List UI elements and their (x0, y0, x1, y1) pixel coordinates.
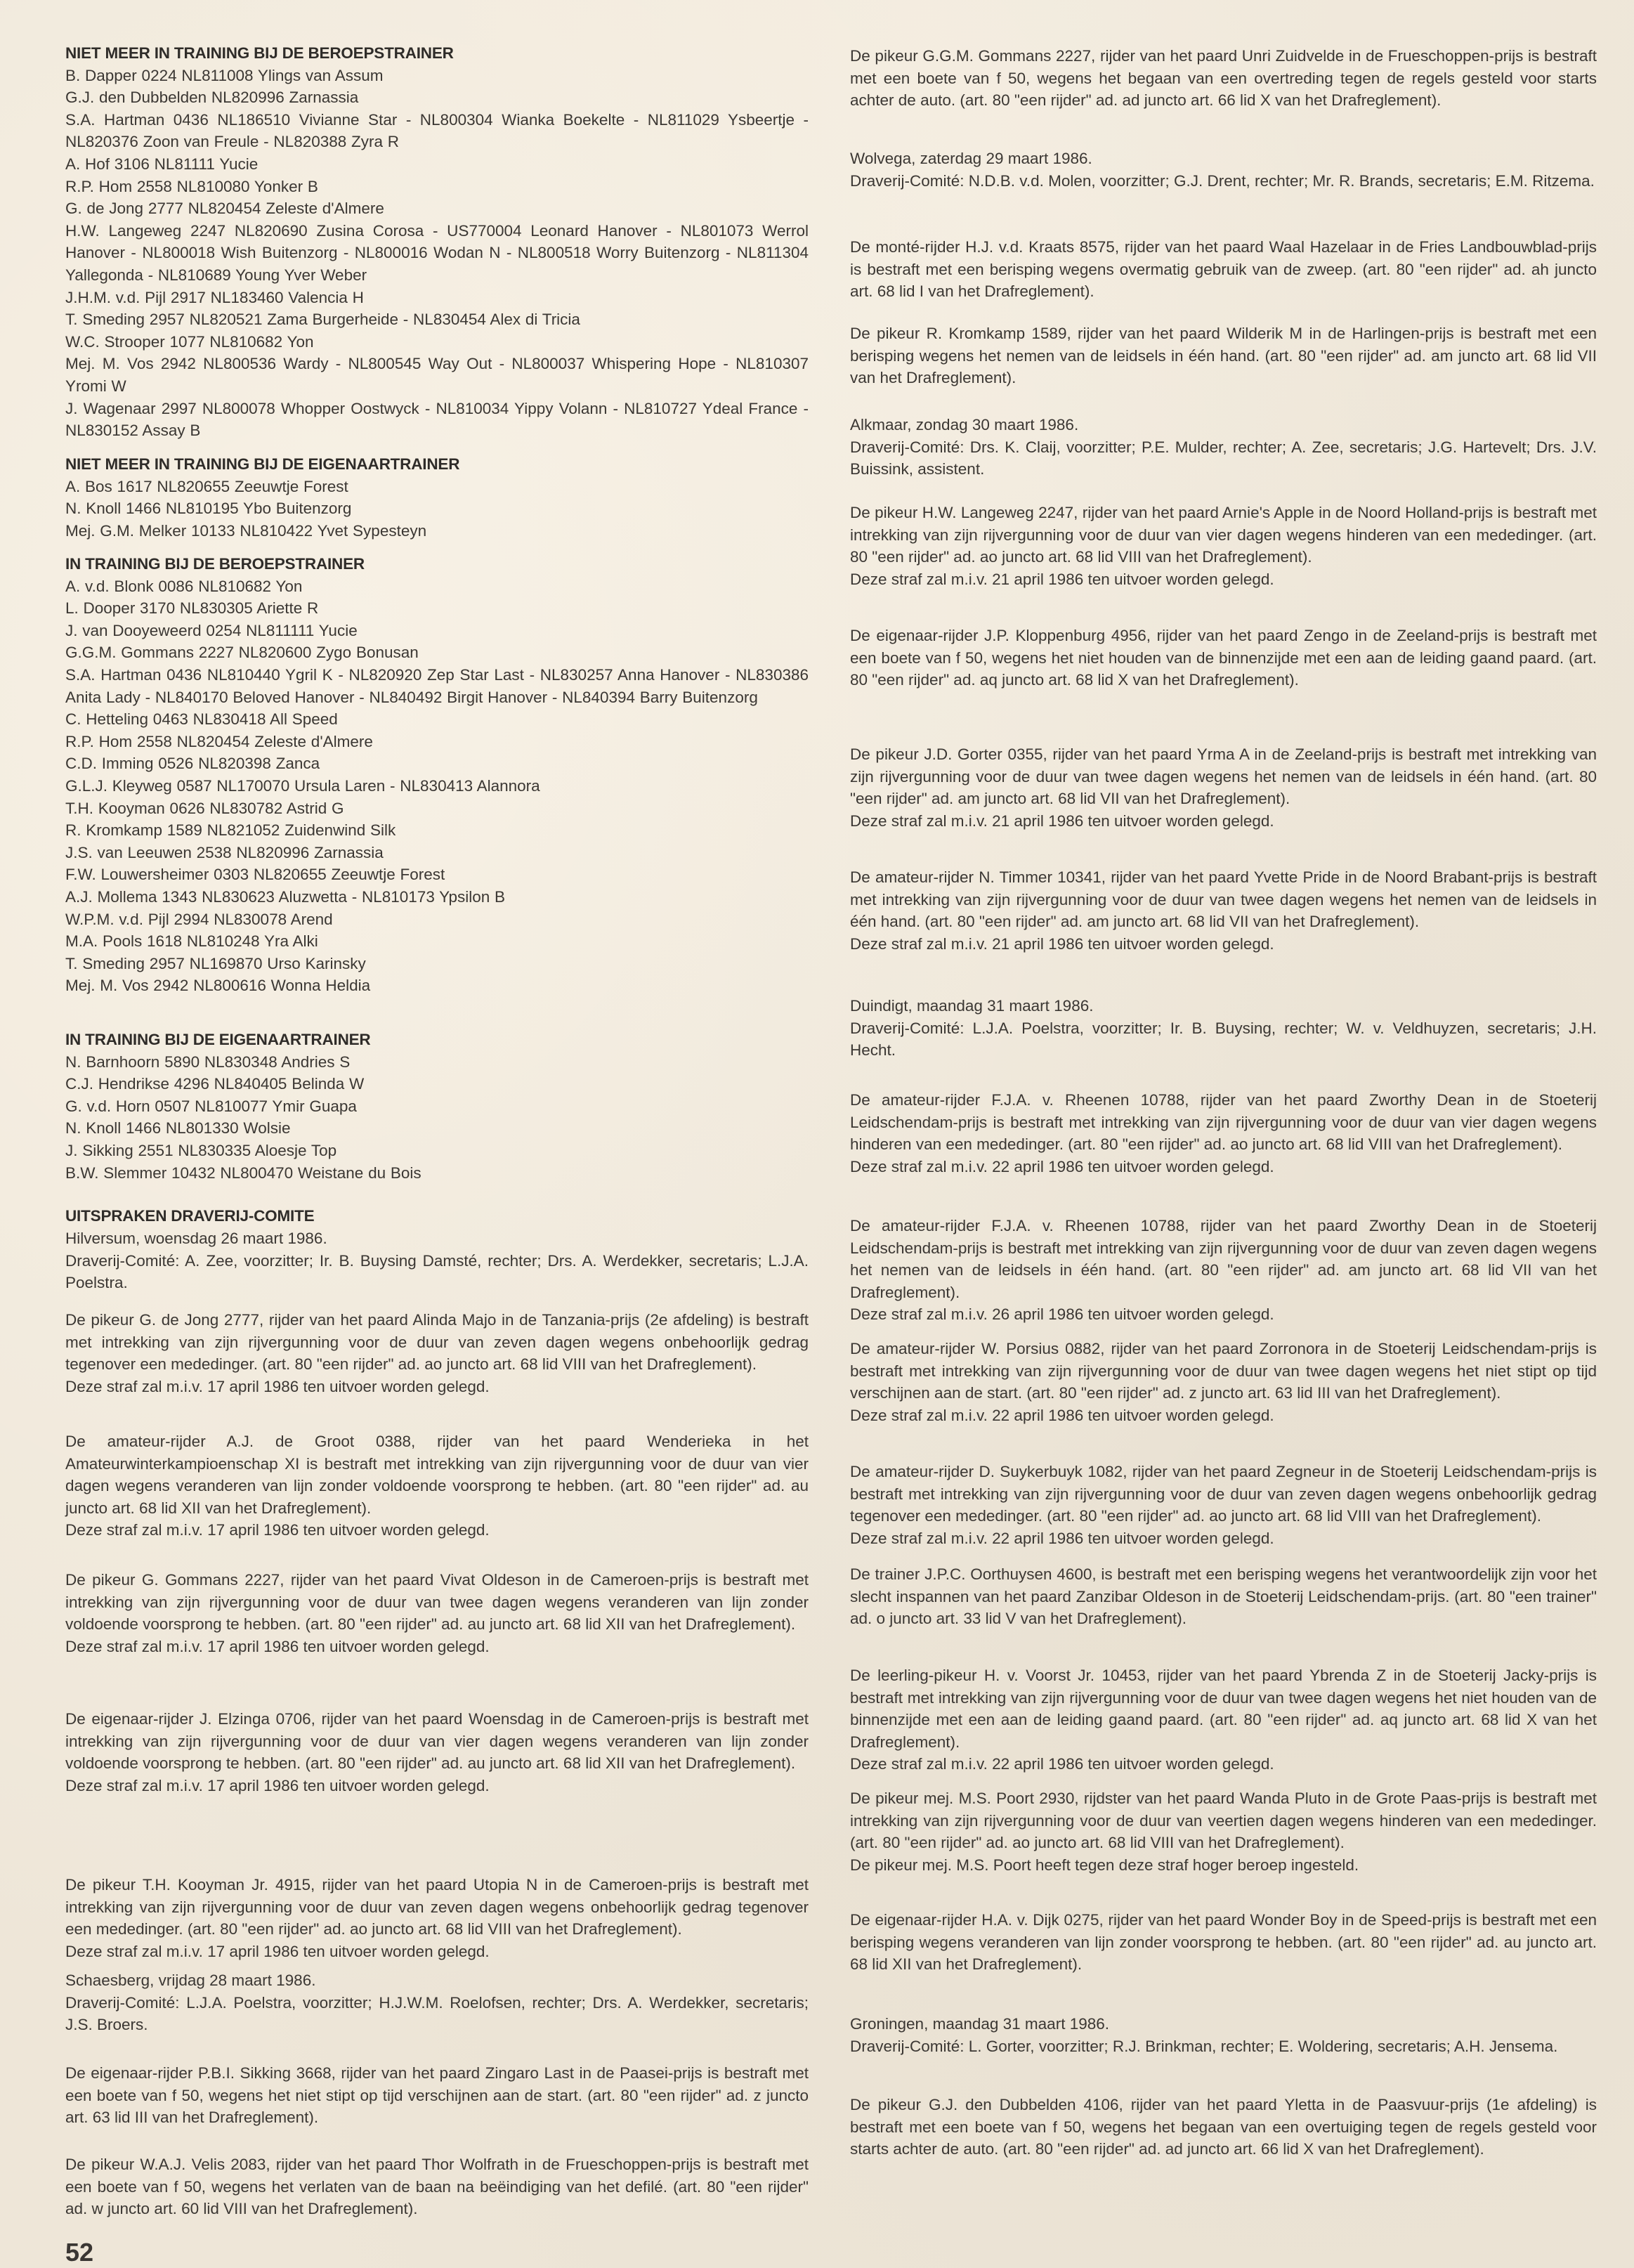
list-item: G.G.M. Gommans 2227 NL820600 Zygo Bonusa… (65, 641, 809, 664)
ruling-paragraph: De pikeur T.H. Kooyman Jr. 4915, rijder … (65, 1874, 809, 1962)
ruling-paragraph: De amateur-rijder F.J.A. v. Rheenen 1078… (850, 1215, 1597, 1326)
ruling-line: De leerling-pikeur H. v. Voorst Jr. 1045… (850, 1664, 1597, 1753)
left-column: NIET MEER IN TRAINING BIJ DE BEROEPSTRAI… (65, 0, 809, 2268)
list-item: W.C. Strooper 1077 NL810682 Yon (65, 331, 809, 353)
session-header: Schaesberg, vrijdag 28 maart 1986.Draver… (65, 1969, 809, 2036)
list-item: R.P. Hom 2558 NL810080 Yonker B (65, 176, 809, 198)
ruling-line: Deze straf zal m.i.v. 17 april 1986 ten … (65, 1636, 809, 1658)
ruling-line: De amateur-rijder N. Timmer 10341, rijde… (850, 866, 1597, 933)
section-heading: IN TRAINING BIJ DE EIGENAARTRAINER (65, 1029, 809, 1051)
ruling-line: Deze straf zal m.i.v. 21 april 1986 ten … (850, 568, 1597, 591)
list-item: C. Hetteling 0463 NL830418 All Speed (65, 708, 809, 731)
ruling-line: De pikeur R. Kromkamp 1589, rijder van h… (850, 322, 1597, 389)
list-item: N. Barnhoorn 5890 NL830348 Andries S (65, 1051, 809, 1074)
ruling-paragraph: De trainer J.P.C. Oorthuysen 4600, is be… (850, 1563, 1597, 1630)
list-item: N. Knoll 1466 NL801330 Wolsie (65, 1117, 809, 1140)
ruling-line: Draverij-Comité: L.J.A. Poelstra, voorzi… (65, 1992, 809, 2036)
ruling-paragraph: De pikeur G.G.M. Gommans 2227, rijder va… (850, 45, 1597, 112)
ruling-paragraph: De eigenaar-rijder J.P. Kloppenburg 4956… (850, 625, 1597, 691)
ruling-line: Deze straf zal m.i.v. 17 april 1986 ten … (65, 1519, 809, 1542)
ruling-paragraph: De pikeur W.A.J. Velis 2083, rijder van … (65, 2153, 809, 2220)
trainer-section: IN TRAINING BIJ DE EIGENAARTRAINERN. Bar… (65, 1029, 809, 1184)
ruling-line: Deze straf zal m.i.v. 17 april 1986 ten … (65, 1775, 809, 1797)
ruling-line: De monté-rijder H.J. v.d. Kraats 8575, r… (850, 236, 1597, 303)
list-item: G. v.d. Horn 0507 NL810077 Ymir Guapa (65, 1095, 809, 1118)
ruling-paragraph: De pikeur mej. M.S. Poort 2930, rijdster… (850, 1787, 1597, 1876)
ruling-paragraph: De amateur-rijder F.J.A. v. Rheenen 1078… (850, 1089, 1597, 1178)
list-item: J. Wagenaar 2997 NL800078 Whopper Oostwy… (65, 398, 809, 442)
ruling-paragraph: De eigenaar-rijder J. Elzinga 0706, rijd… (65, 1708, 809, 1797)
ruling-line: Draverij-Comité: A. Zee, voorzitter; Ir.… (65, 1250, 809, 1294)
list-item: N. Knoll 1466 NL810195 Ybo Buitenzorg (65, 497, 809, 520)
session-header: Alkmaar, zondag 30 maart 1986.Draverij-C… (850, 414, 1597, 481)
ruling-line: De amateur-rijder A.J. de Groot 0388, ri… (65, 1430, 809, 1519)
list-item: G.L.J. Kleyweg 0587 NL170070 Ursula Lare… (65, 775, 809, 797)
ruling-line: Groningen, maandag 31 maart 1986. (850, 2013, 1597, 2035)
list-item: A. Hof 3106 NL81111 Yucie (65, 153, 809, 176)
list-item: H.W. Langeweg 2247 NL820690 Zusina Coros… (65, 220, 809, 287)
right-column: De pikeur G.G.M. Gommans 2227, rijder va… (850, 0, 1597, 2268)
list-item: J.H.M. v.d. Pijl 2917 NL183460 Valencia … (65, 287, 809, 309)
ruling-line: De pikeur T.H. Kooyman Jr. 4915, rijder … (65, 1874, 809, 1941)
ruling-line: De pikeur H.W. Langeweg 2247, rijder van… (850, 502, 1597, 568)
ruling-paragraph: De pikeur G. de Jong 2777, rijder van he… (65, 1309, 809, 1397)
ruling-paragraph: De amateur-rijder A.J. de Groot 0388, ri… (65, 1430, 809, 1542)
list-item: T.H. Kooyman 0626 NL830782 Astrid G (65, 797, 809, 820)
ruling-line: Wolvega, zaterdag 29 maart 1986. (850, 148, 1597, 170)
ruling-line: De eigenaar-rijder J. Elzinga 0706, rijd… (65, 1708, 809, 1775)
ruling-line: Deze straf zal m.i.v. 21 april 1986 ten … (850, 810, 1597, 833)
list-item: Mej. M. Vos 2942 NL800616 Wonna Heldia (65, 975, 809, 997)
list-item: Mej. G.M. Melker 10133 NL810422 Yvet Syp… (65, 520, 809, 542)
section-heading: NIET MEER IN TRAINING BIJ DE BEROEPSTRAI… (65, 42, 809, 65)
ruling-line: De amateur-rijder D. Suykerbuyk 1082, ri… (850, 1461, 1597, 1527)
ruling-line: De pikeur G.G.M. Gommans 2227, rijder va… (850, 45, 1597, 112)
horse-list: A. v.d. Blonk 0086 NL810682 YonL. Dooper… (65, 575, 809, 997)
ruling-line: Hilversum, woensdag 26 maart 1986. (65, 1227, 809, 1250)
list-item: T. Smeding 2957 NL820521 Zama Burgerheid… (65, 308, 809, 331)
ruling-line: De pikeur mej. M.S. Poort 2930, rijdster… (850, 1787, 1597, 1854)
ruling-line: De pikeur G.J. den Dubbelden 4106, rijde… (850, 2094, 1597, 2161)
list-item: A.J. Mollema 1343 NL830623 Aluzwetta - N… (65, 886, 809, 908)
list-item: A. Bos 1617 NL820655 Zeeuwtje Forest (65, 476, 809, 498)
list-item: G. de Jong 2777 NL820454 Zeleste d'Almer… (65, 197, 809, 220)
list-item: T. Smeding 2957 NL169870 Urso Karinsky (65, 953, 809, 975)
horse-list: B. Dapper 0224 NL811008 Ylings van Assum… (65, 65, 809, 442)
horse-list: A. Bos 1617 NL820655 Zeeuwtje ForestN. K… (65, 476, 809, 542)
session-header: Hilversum, woensdag 26 maart 1986.Draver… (65, 1227, 809, 1294)
ruling-paragraph: De leerling-pikeur H. v. Voorst Jr. 1045… (850, 1664, 1597, 1775)
ruling-line: De pikeur mej. M.S. Poort heeft tegen de… (850, 1854, 1597, 1877)
trainer-section: IN TRAINING BIJ DE BEROEPSTRAINERA. v.d.… (65, 553, 809, 997)
ruling-line: De eigenaar-rijder P.B.I. Sikking 3668, … (65, 2062, 809, 2129)
ruling-line: De trainer J.P.C. Oorthuysen 4600, is be… (850, 1563, 1597, 1630)
list-item: J. van Dooyeweerd 0254 NL811111 Yucie (65, 620, 809, 642)
ruling-paragraph: De pikeur G.J. den Dubbelden 4106, rijde… (850, 2094, 1597, 2161)
ruling-paragraph: De pikeur G. Gommans 2227, rijder van he… (65, 1569, 809, 1657)
list-item: G.J. den Dubbelden NL820996 Zarnassia (65, 86, 809, 109)
ruling-line: De amateur-rijder W. Porsius 0882, rijde… (850, 1338, 1597, 1405)
ruling-paragraph: De amateur-rijder N. Timmer 10341, rijde… (850, 866, 1597, 955)
ruling-line: Deze straf zal m.i.v. 17 april 1986 ten … (65, 1941, 809, 1963)
ruling-line: Deze straf zal m.i.v. 26 april 1986 ten … (850, 1303, 1597, 1326)
ruling-line: Deze straf zal m.i.v. 17 april 1986 ten … (65, 1376, 809, 1398)
list-item: F.W. Louwersheimer 0303 NL820655 Zeeuwtj… (65, 863, 809, 886)
list-item: S.A. Hartman 0436 NL810440 Ygril K - NL8… (65, 664, 809, 708)
session-header: Duindigt, maandag 31 maart 1986.Draverij… (850, 995, 1597, 1062)
uitspraken-heading: UITSPRAKEN DRAVERIJ-COMITE (65, 1205, 809, 1227)
ruling-line: Draverij-Comité: N.D.B. v.d. Molen, voor… (850, 170, 1597, 193)
ruling-line: Draverij-Comité: L. Gorter, voorzitter; … (850, 2035, 1597, 2058)
ruling-line: Deze straf zal m.i.v. 22 april 1986 ten … (850, 1156, 1597, 1178)
list-item: B.W. Slemmer 10432 NL800470 Weistane du … (65, 1162, 809, 1185)
ruling-line: Schaesberg, vrijdag 28 maart 1986. (65, 1969, 809, 1992)
ruling-paragraph: De amateur-rijder D. Suykerbuyk 1082, ri… (850, 1461, 1597, 1549)
list-item: C.D. Imming 0526 NL820398 Zanca (65, 752, 809, 775)
list-item: J.S. van Leeuwen 2538 NL820996 Zarnassia (65, 842, 809, 864)
section-heading: IN TRAINING BIJ DE BEROEPSTRAINER (65, 553, 809, 575)
ruling-line: De amateur-rijder F.J.A. v. Rheenen 1078… (850, 1089, 1597, 1156)
ruling-line: De pikeur G. de Jong 2777, rijder van he… (65, 1309, 809, 1376)
trainer-section: NIET MEER IN TRAINING BIJ DE EIGENAARTRA… (65, 453, 809, 542)
ruling-line: Deze straf zal m.i.v. 21 april 1986 ten … (850, 933, 1597, 956)
ruling-line: De amateur-rijder F.J.A. v. Rheenen 1078… (850, 1215, 1597, 1303)
ruling-line: De pikeur W.A.J. Velis 2083, rijder van … (65, 2153, 809, 2220)
list-item: W.P.M. v.d. Pijl 2994 NL830078 Arend (65, 908, 809, 931)
ruling-line: Draverij-Comité: Drs. K. Claij, voorzitt… (850, 436, 1597, 481)
page-number: 52 (65, 2238, 93, 2267)
list-item: C.J. Hendrikse 4296 NL840405 Belinda W (65, 1073, 809, 1095)
ruling-line: Deze straf zal m.i.v. 22 april 1986 ten … (850, 1405, 1597, 1427)
ruling-paragraph: De eigenaar-rijder P.B.I. Sikking 3668, … (65, 2062, 809, 2129)
list-item: R. Kromkamp 1589 NL821052 Zuidenwind Sil… (65, 819, 809, 842)
session-header: Wolvega, zaterdag 29 maart 1986.Draverij… (850, 148, 1597, 192)
ruling-line: Draverij-Comité: L.J.A. Poelstra, voorzi… (850, 1017, 1597, 1062)
ruling-line: De eigenaar-rijder J.P. Kloppenburg 4956… (850, 625, 1597, 691)
list-item: Mej. M. Vos 2942 NL800536 Wardy - NL8005… (65, 353, 809, 397)
section-heading: NIET MEER IN TRAINING BIJ DE EIGENAARTRA… (65, 453, 809, 476)
ruling-paragraph: De pikeur R. Kromkamp 1589, rijder van h… (850, 322, 1597, 389)
ruling-paragraph: De amateur-rijder W. Porsius 0882, rijde… (850, 1338, 1597, 1426)
ruling-paragraph: De pikeur H.W. Langeweg 2247, rijder van… (850, 502, 1597, 590)
list-item: B. Dapper 0224 NL811008 Ylings van Assum (65, 65, 809, 87)
session-header: Groningen, maandag 31 maart 1986.Draveri… (850, 2013, 1597, 2057)
horse-list: N. Barnhoorn 5890 NL830348 Andries SC.J.… (65, 1051, 809, 1185)
ruling-paragraph: De pikeur J.D. Gorter 0355, rijder van h… (850, 743, 1597, 832)
ruling-line: Alkmaar, zondag 30 maart 1986. (850, 414, 1597, 436)
ruling-paragraph: De eigenaar-rijder H.A. v. Dijk 0275, ri… (850, 1909, 1597, 1976)
ruling-line: De pikeur J.D. Gorter 0355, rijder van h… (850, 743, 1597, 810)
list-item: L. Dooper 3170 NL830305 Ariette R (65, 597, 809, 620)
list-item: J. Sikking 2551 NL830335 Aloesje Top (65, 1140, 809, 1162)
list-item: A. v.d. Blonk 0086 NL810682 Yon (65, 575, 809, 598)
ruling-line: Duindigt, maandag 31 maart 1986. (850, 995, 1597, 1017)
ruling-paragraph: De monté-rijder H.J. v.d. Kraats 8575, r… (850, 236, 1597, 303)
ruling-line: De pikeur G. Gommans 2227, rijder van he… (65, 1569, 809, 1636)
ruling-line: De eigenaar-rijder H.A. v. Dijk 0275, ri… (850, 1909, 1597, 1976)
list-item: R.P. Hom 2558 NL820454 Zeleste d'Almere (65, 731, 809, 753)
list-item: M.A. Pools 1618 NL810248 Yra Alki (65, 930, 809, 953)
trainer-section: NIET MEER IN TRAINING BIJ DE BEROEPSTRAI… (65, 42, 809, 442)
list-item: S.A. Hartman 0436 NL186510 Vivianne Star… (65, 109, 809, 153)
ruling-line: Deze straf zal m.i.v. 22 april 1986 ten … (850, 1753, 1597, 1775)
ruling-line: Deze straf zal m.i.v. 22 april 1986 ten … (850, 1527, 1597, 1550)
